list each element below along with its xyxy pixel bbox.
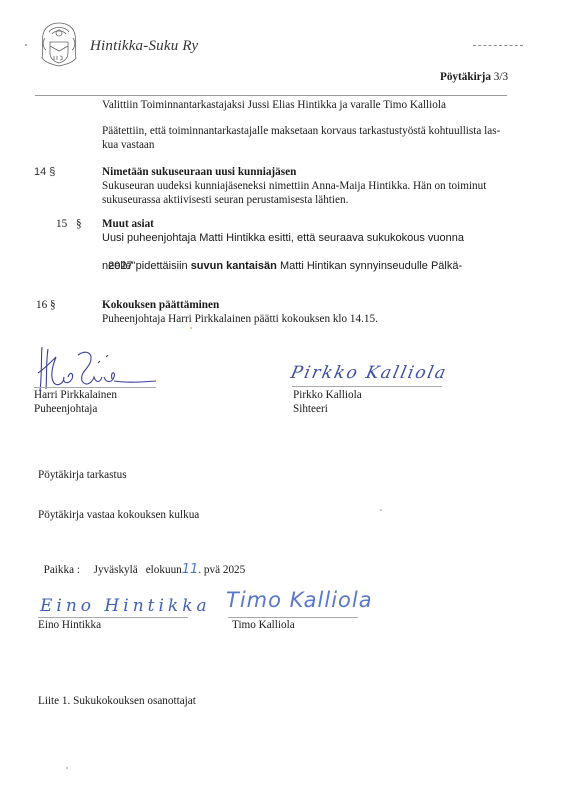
scan-speck xyxy=(66,767,68,769)
review-heading: Pöytäkirja tarkastus xyxy=(38,468,127,482)
review-place-row: Paikka :Jyväskyläelokuun11. pvä 2025 xyxy=(38,549,245,577)
scan-speck xyxy=(190,327,192,329)
secretary-signature: Pirkko Kalliola xyxy=(289,363,449,383)
section-14-line-1: Sukuseuran uudeksi kunniajäseneksi nimet… xyxy=(102,179,486,193)
coat-of-arms-icon xyxy=(36,20,82,68)
scan-speck xyxy=(380,509,382,511)
section-14-number: 14 § xyxy=(34,165,55,179)
section-15-line-2-post: Matti Hintikan synnyinseudulle Pälkä- xyxy=(277,260,462,272)
reviewer-1-name: Eino Hintikka xyxy=(38,618,101,632)
reviewer-1-signature: Eino Hintikka xyxy=(40,596,211,616)
place-value: Jyväskylä xyxy=(94,564,138,576)
secretary-role: Sihteeri xyxy=(293,402,328,416)
section-15-line-2-bold: suvun kantaisän xyxy=(191,260,277,272)
place-label: Paikka : xyxy=(44,563,94,577)
section-14-line-2: sukuseurassa aktiivisesti seuran perusta… xyxy=(102,193,348,207)
section-16-title: Kokouksen päättäminen xyxy=(102,298,219,312)
review-statement: Pöytäkirja vastaa kokouksen kulkua xyxy=(38,508,199,522)
chair-signature-icon xyxy=(34,343,159,393)
section-15-title: Muut asiat xyxy=(102,217,154,231)
attachment-note: Liite 1. Sukukokouksen osanottajat xyxy=(38,694,196,708)
section-15-line-2: 2027 pidettäisiin suvun kantaisän Matti … xyxy=(102,245,462,273)
date-rest: . pvä 2025 xyxy=(198,564,245,576)
scan-speck xyxy=(25,44,27,46)
date-day-handwritten: 11 xyxy=(182,562,199,577)
secretary-name: Pirkko Kalliola xyxy=(293,388,362,402)
doc-page-label: Pöytäkirja 3/3 xyxy=(440,70,508,84)
chair-name: Harri Pirkkalainen xyxy=(34,388,117,402)
section-15-line-3: neelle" xyxy=(102,259,135,273)
section-14-title: Nimetään sukuseuraan uusi kunniajäsen xyxy=(102,165,296,179)
header-rule xyxy=(35,95,507,96)
intro-para-2-line-2: kua vastaan xyxy=(102,138,155,152)
reviewer-2-signature: Timo Kalliola xyxy=(226,588,373,612)
intro-para-2-line-1: Päätettiin, että toiminnantarkastajalle … xyxy=(102,124,500,138)
intro-line-1: Valittiin Toiminnantarkastajaksi Jussi E… xyxy=(102,98,446,112)
section-16-line-1: Puheenjohtaja Harri Pirkkalainen päätti … xyxy=(102,312,378,326)
date-month: elokuun xyxy=(146,564,182,576)
header-dash-line xyxy=(473,45,523,47)
doc-label: Pöytäkirja xyxy=(440,71,491,83)
reviewer-2-name: Timo Kalliola xyxy=(232,618,295,632)
page-indicator: 3/3 xyxy=(494,71,508,83)
section-16-number: 16 § xyxy=(36,298,56,312)
section-15-line-1: Uusi puheenjohtaja Matti Hintikka esitti… xyxy=(102,231,464,245)
chair-role: Puheenjohtaja xyxy=(34,402,97,416)
scan-speck xyxy=(136,44,138,46)
org-name: Hintikka-Suku Ry xyxy=(90,38,198,55)
section-15-number: 15 § xyxy=(56,217,82,231)
secretary-signature-line xyxy=(292,386,442,387)
